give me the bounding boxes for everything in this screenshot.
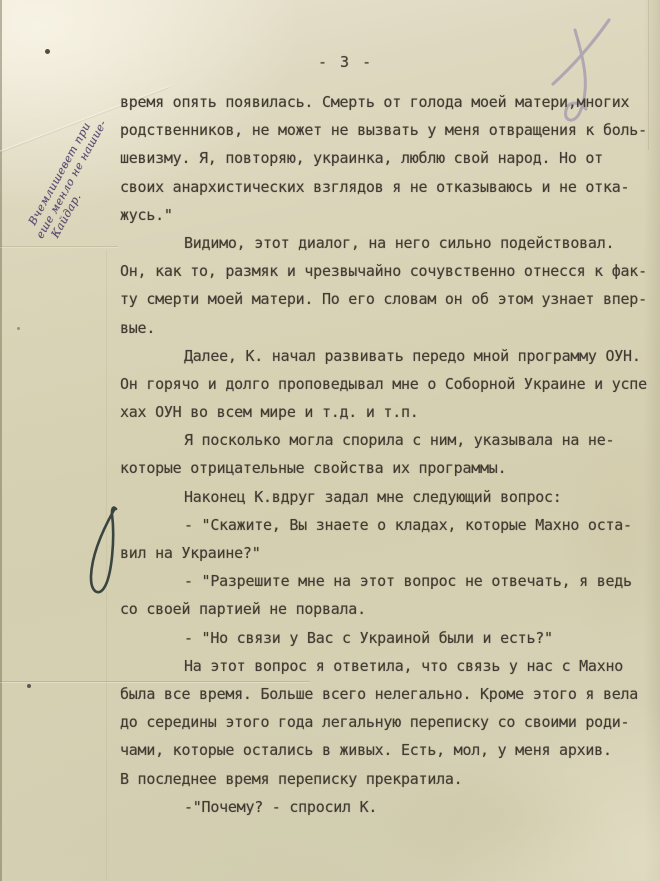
typed-line: - "Разрешите мне на этот вопрос не отвеч… — [120, 567, 660, 595]
scanned-document-page: - 3 - Вчемлишевет при еше менло не нашие… — [0, 0, 660, 881]
typed-line: Я посколько могла спорила с ним, указыва… — [120, 426, 660, 454]
typed-line: была все время. Больше всего нелегально.… — [120, 680, 660, 708]
typed-line: - "Скажите, Вы знаете о кладах, которые … — [120, 511, 660, 539]
typed-line: ту смерти моей матери. По его словам он … — [120, 285, 660, 313]
typed-line: жусь." — [120, 201, 660, 229]
typed-text-block: время опять появилась. Смерть от голода … — [120, 88, 660, 821]
typed-line: которые отрицательные свойства их програ… — [120, 454, 660, 482]
typed-line: до середины этого года легальную перепис… — [120, 708, 660, 736]
typed-line: - "Но связи у Вас с Украиной были и есть… — [120, 624, 660, 652]
typed-line: Наконец К.вдруг задал мне следующий вопр… — [120, 483, 660, 511]
typed-line: Он, как то, размяк и чрезвычайно сочувст… — [120, 257, 660, 285]
typed-line: В последнее время переписку прекратила. — [120, 765, 660, 793]
typed-line: вил на Украине?" — [120, 539, 660, 567]
typed-line: Он горячо и долго проповедывал мне о Соб… — [120, 370, 660, 398]
typed-line: На этот вопрос я ответила, что связь у н… — [120, 652, 660, 680]
pen-loop-stroke-mark — [84, 504, 124, 606]
page-number: - 3 - — [318, 53, 373, 71]
typed-line: родственников, не может не вызвать у мен… — [120, 116, 660, 144]
typed-line: время опять появилась. Смерть от голода … — [120, 88, 660, 116]
typed-line: Далее, К. начал развивать передо мной пр… — [120, 342, 660, 370]
paper-speck — [27, 684, 31, 688]
typed-line: вые. — [120, 314, 660, 342]
typed-line: хах ОУН во всем мире и т.д. и т.п. — [120, 398, 660, 426]
paper-speck — [17, 327, 20, 330]
paper-crease — [0, 246, 118, 247]
typed-line: чами, которые остались в живых. Есть, мо… — [120, 736, 660, 764]
typed-line: шевизму. Я, повторяю, украинка, люблю св… — [120, 144, 660, 172]
paper-speck — [45, 49, 50, 54]
typed-line: Видимо, этот диалог, на него сильно поде… — [120, 229, 660, 257]
typed-line: со своей партией не порвала. — [120, 595, 660, 623]
typed-line: своих анархистических взглядов я не отка… — [120, 173, 660, 201]
typed-line: -"Почему? - спросил К. — [120, 793, 660, 821]
